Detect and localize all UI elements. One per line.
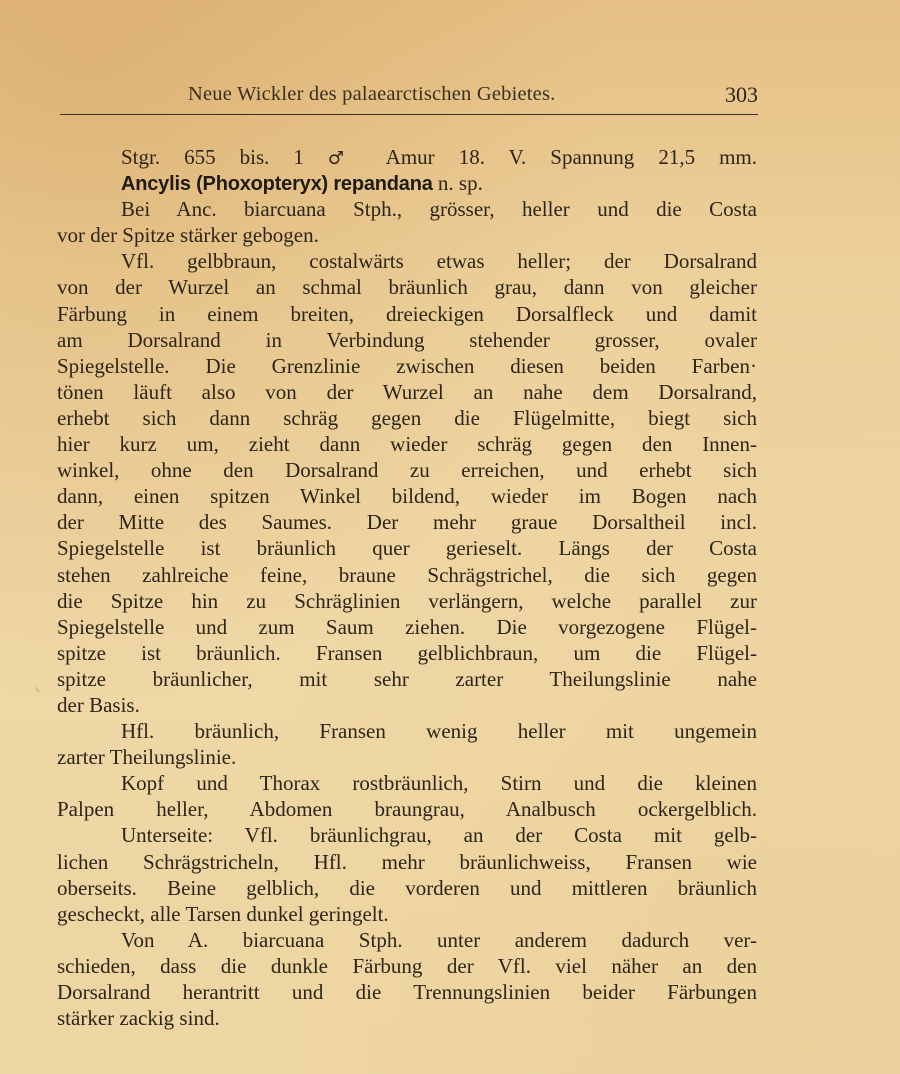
- text-line: der Mitte des Saumes. Der mehr graue Dor…: [57, 509, 757, 535]
- specimen-line: Stgr. 655 bis. 1 ♂ Amur 18. V. Spannung …: [57, 144, 757, 170]
- text-line: Palpen heller, Abdomen braungrau, Analbu…: [57, 796, 757, 822]
- text-line: dann, einen spitzen Winkel bildend, wied…: [57, 483, 757, 509]
- species-name: Ancylis (Phoxopteryx) repandana: [121, 173, 433, 195]
- specimen-info-prefix: Stgr. 655 bis. 1: [121, 145, 328, 169]
- book-page: Neue Wickler des palaearctischen Gebiete…: [0, 0, 900, 1074]
- text-line: Färbung in einem breiten, dreieckigen Do…: [57, 301, 757, 327]
- text-line: vor der Spitze stärker gebogen.: [57, 222, 757, 248]
- text-line: Von A. biarcuana Stph. unter anderem dad…: [57, 927, 757, 953]
- text-line: stehen zahlreiche feine, braune Schrägst…: [57, 562, 757, 588]
- text-line: Bei Anc. biarcuana Stph., grösser, helle…: [57, 196, 757, 222]
- text-line: oberseits. Beine gelblich, die vorderen …: [57, 875, 757, 901]
- text-line: von der Wurzel an schmal bräunlich grau,…: [57, 274, 757, 300]
- specimen-info-suffix: Amur 18. V. Spannung 21,5 mm.: [363, 145, 757, 169]
- text-line: der Basis.: [57, 692, 757, 718]
- text-line: spitze ist bräunlich. Fransen gelblichbr…: [57, 640, 757, 666]
- text-line: hier kurz um, zieht dann wieder schräg g…: [57, 431, 757, 457]
- text-line: Unterseite: Vfl. bräunlichgrau, an der C…: [57, 822, 757, 848]
- species-heading: Ancylis (Phoxopteryx) repandana n. sp.: [57, 170, 757, 196]
- text-line: die Spitze hin zu Schräglinien verlänger…: [57, 588, 757, 614]
- text-line: Kopf und Thorax rostbräunlich, Stirn und…: [57, 770, 757, 796]
- text-line: stärker zackig sind.: [57, 1005, 757, 1031]
- male-symbol-icon: ♂: [328, 148, 363, 169]
- species-description: Stgr. 655 bis. 1 ♂ Amur 18. V. Spannung …: [57, 144, 757, 1031]
- page-number: 303: [725, 82, 758, 108]
- description-lines: Bei Anc. biarcuana Stph., grösser, helle…: [57, 196, 757, 1031]
- paper-mark: [35, 681, 47, 692]
- text-line: Spiegelstelle und zum Saum ziehen. Die v…: [57, 614, 757, 640]
- running-head: Neue Wickler des palaearctischen Gebiete…: [60, 80, 758, 114]
- text-line: Hfl. bräunlich, Fransen wenig heller mit…: [57, 718, 757, 744]
- text-line: lichen Schrägstricheln, Hfl. mehr bräunl…: [57, 849, 757, 875]
- text-line: erhebt sich dann schräg gegen die Flügel…: [57, 405, 757, 431]
- text-line: Vfl. gelbbraun, costalwärts etwas heller…: [57, 248, 757, 274]
- text-line: schieden, dass die dunkle Färbung der Vf…: [57, 953, 757, 979]
- text-line: am Dorsalrand in Verbindung stehender gr…: [57, 327, 757, 353]
- running-title: Neue Wickler des palaearctischen Gebiete…: [188, 83, 555, 106]
- text-line: spitze bräunlicher, mit sehr zarter Thei…: [57, 666, 757, 692]
- text-line: gescheckt, alle Tarsen dunkel geringelt.: [57, 901, 757, 927]
- text-line: tönen läuft also von der Wurzel an nahe …: [57, 379, 757, 405]
- header-rule: [60, 114, 758, 115]
- text-line: Dorsalrand herantritt und die Trennungsl…: [57, 979, 757, 1005]
- text-line: Spiegelstelle. Die Grenzlinie zwischen d…: [57, 353, 757, 379]
- text-line: zarter Theilungslinie.: [57, 744, 757, 770]
- species-status: n. sp.: [433, 171, 483, 195]
- text-line: winkel, ohne den Dorsalrand zu erreichen…: [57, 457, 757, 483]
- text-line: Spiegelstelle ist bräunlich quer geriese…: [57, 535, 757, 561]
